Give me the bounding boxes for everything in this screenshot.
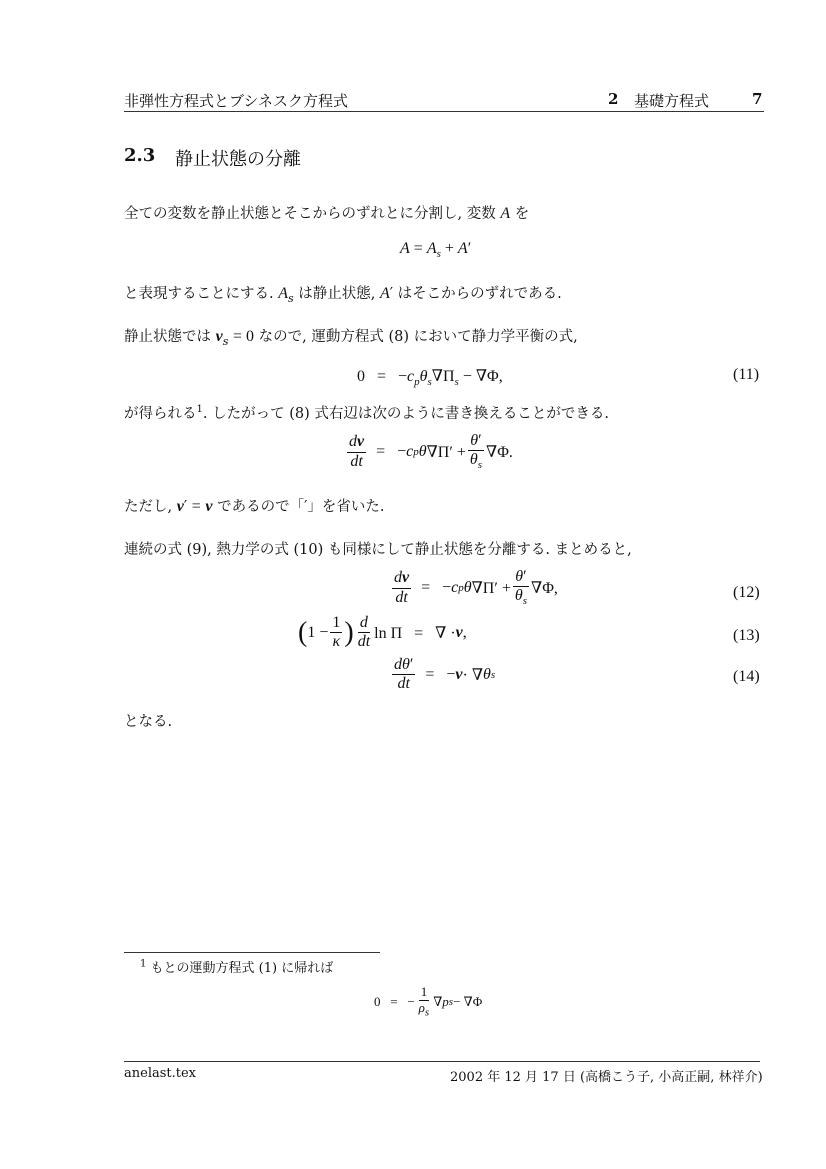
section-number: 2.3 (124, 145, 155, 166)
paragraph-static-state: 静止状態では vs = 0 なので, 運動方程式 (8) において静力学平衡の式… (124, 325, 578, 348)
running-title: 非弾性方程式とブシネスク方程式 (124, 90, 348, 111)
equation-number-12: (12) (733, 584, 760, 602)
paragraph-hydrostatic: が得られる1. したがって (8) 式右辺は次のように書き換えることができる. (124, 402, 609, 423)
footer-date-authors: 2002 年 12 月 17 日 (高橋こう子, 小高正嗣, 林祥介) (450, 1066, 763, 1085)
footnote-equation: 0 = −1ρs∇ps − ∇Φ (374, 985, 482, 1019)
chapter-title: 基礎方程式 (634, 90, 709, 111)
header-rule (124, 111, 764, 112)
equation-13: (1 − 1κ) ddtln Π = ∇ · v, (298, 614, 467, 652)
paragraph-prime-note: ただし, v′ = v であるので「′」を省いた. (124, 495, 385, 516)
paragraph-conclusion: となる. (124, 710, 172, 731)
footnote-text: 1 もとの運動方程式 (1) に帰れば (140, 957, 333, 976)
page-number: 7 (752, 90, 762, 108)
paragraph-intro: 全ての変数を静止状態とそこからのずれとに分割し, 変数 A を (124, 202, 529, 223)
equation-decomposition: A = As + A′ (400, 240, 471, 260)
footer-filename: anelast.tex (124, 1066, 196, 1081)
equation-momentum: dvdt = −cpθ∇Π′ + θ′θs∇Φ. (345, 432, 513, 472)
footnote-rule (124, 952, 380, 953)
footer-rule (124, 1061, 760, 1062)
equation-number-11: (11) (733, 366, 759, 384)
section-title: 静止状態の分離 (175, 145, 301, 171)
equation-12: dvdt = −cpθ∇Π′ + θ′θs∇Φ, (390, 568, 558, 608)
equation-14: dθ′dt = −v · ∇θs (390, 656, 495, 694)
equation-11: 0 = −cpθs∇Πs − ∇Φ, (357, 366, 503, 388)
paragraph-definition: と表現することにする. As は静止状態, A′ はそこからのずれである. (124, 282, 562, 305)
equation-number-14: (14) (733, 668, 760, 686)
paragraph-continuity: 連続の式 (9), 熱力学の式 (10) も同様にして静止状態を分離する. まと… (124, 538, 632, 559)
chapter-number: 2 (608, 90, 618, 108)
equation-number-13: (13) (733, 627, 760, 645)
